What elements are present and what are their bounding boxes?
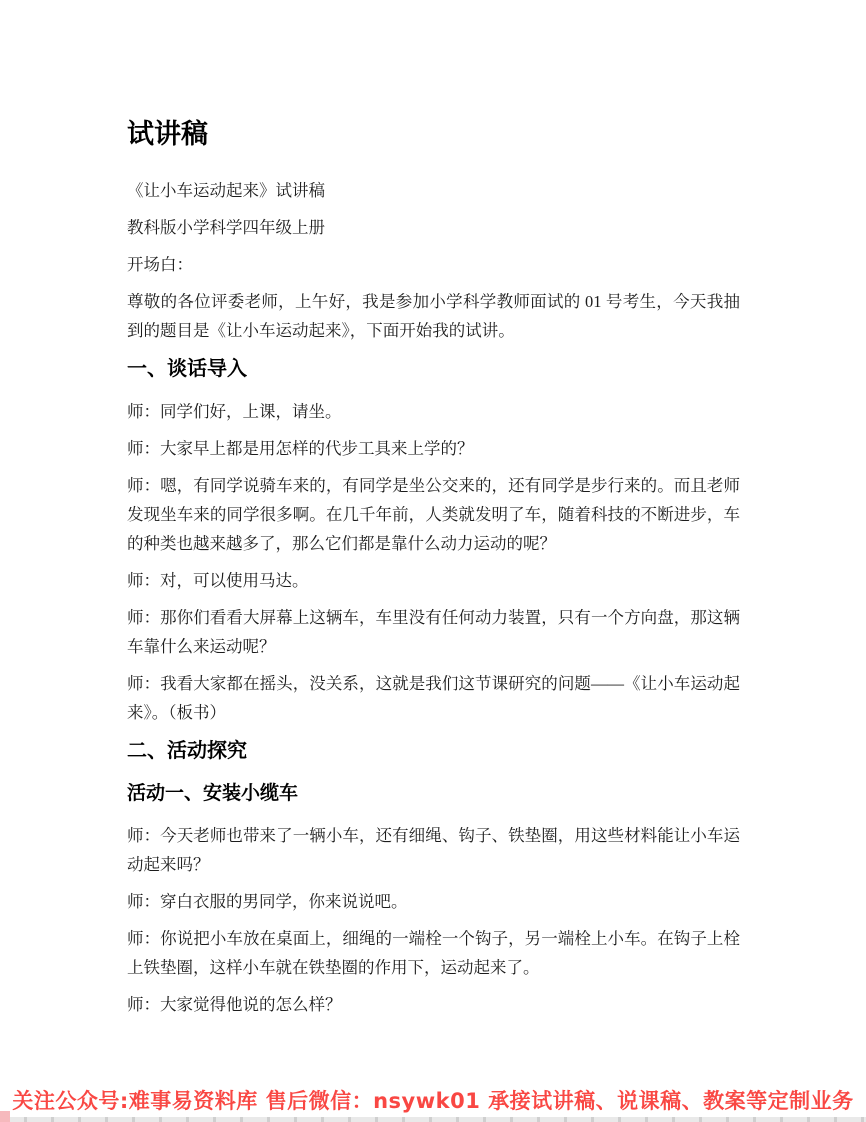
- paragraph: 师：我看大家都在摇头，没关系，这就是我们这节课研究的问题——《让小车运动起来》。…: [127, 669, 740, 727]
- doc-title: 试讲稿: [127, 118, 740, 152]
- paragraph: 师：你说把小车放在桌面上，细绳的一端栓一个钩子，另一端栓上小车。在钩子上栓上铁垫…: [127, 924, 740, 982]
- paragraph-opening-label: 开场白：: [127, 250, 740, 279]
- paragraph: 师：同学们好，上课，请坐。: [127, 397, 740, 426]
- paragraph-edition: 教科版小学科学四年级上册: [127, 213, 740, 242]
- paragraph: 师：大家觉得他说的怎么样？: [127, 990, 740, 1019]
- footer-banner: 关注公众号:难事易资料库 售后微信：nsywk01 承接试讲稿、说课稿、教案等定…: [0, 1085, 866, 1115]
- paragraph: 师：穿白衣服的男同学，你来说说吧。: [127, 887, 740, 916]
- paragraph: 师：嗯，有同学说骑车来的，有同学是坐公交来的，还有同学是步行来的。而且老师发现坐…: [127, 471, 740, 558]
- footer-banner-text: 关注公众号:难事易资料库 售后微信：nsywk01 承接试讲稿、说课稿、教案等定…: [12, 1089, 853, 1113]
- section-heading-2: 二、活动探究: [127, 735, 740, 765]
- activity-heading-1: 活动一、安装小缆车: [127, 779, 740, 808]
- document-page: 试讲稿 《让小车运动起来》试讲稿 教科版小学科学四年级上册 开场白： 尊敬的各位…: [0, 0, 866, 1027]
- paragraph-intro: 尊敬的各位评委老师，上午好，我是参加小学科学教师面试的 01 号考生，今天我抽到…: [127, 287, 740, 345]
- paragraph-subtitle: 《让小车运动起来》试讲稿: [127, 176, 740, 205]
- page-bottom-strip: [0, 1117, 866, 1122]
- paragraph: 师：今天老师也带来了一辆小车，还有细绳、钩子、铁垫圈，用这些材料能让小车运动起来…: [127, 821, 740, 879]
- section-heading-1: 一、谈话导入: [127, 353, 740, 383]
- paragraph: 师：大家早上都是用怎样的代步工具来上学的？: [127, 434, 740, 463]
- paragraph: 师：对，可以使用马达。: [127, 566, 740, 595]
- paragraph: 师：那你们看看大屏幕上这辆车，车里没有任何动力装置，只有一个方向盘，那这辆车靠什…: [127, 603, 740, 661]
- pink-corner-mark: [0, 1111, 10, 1122]
